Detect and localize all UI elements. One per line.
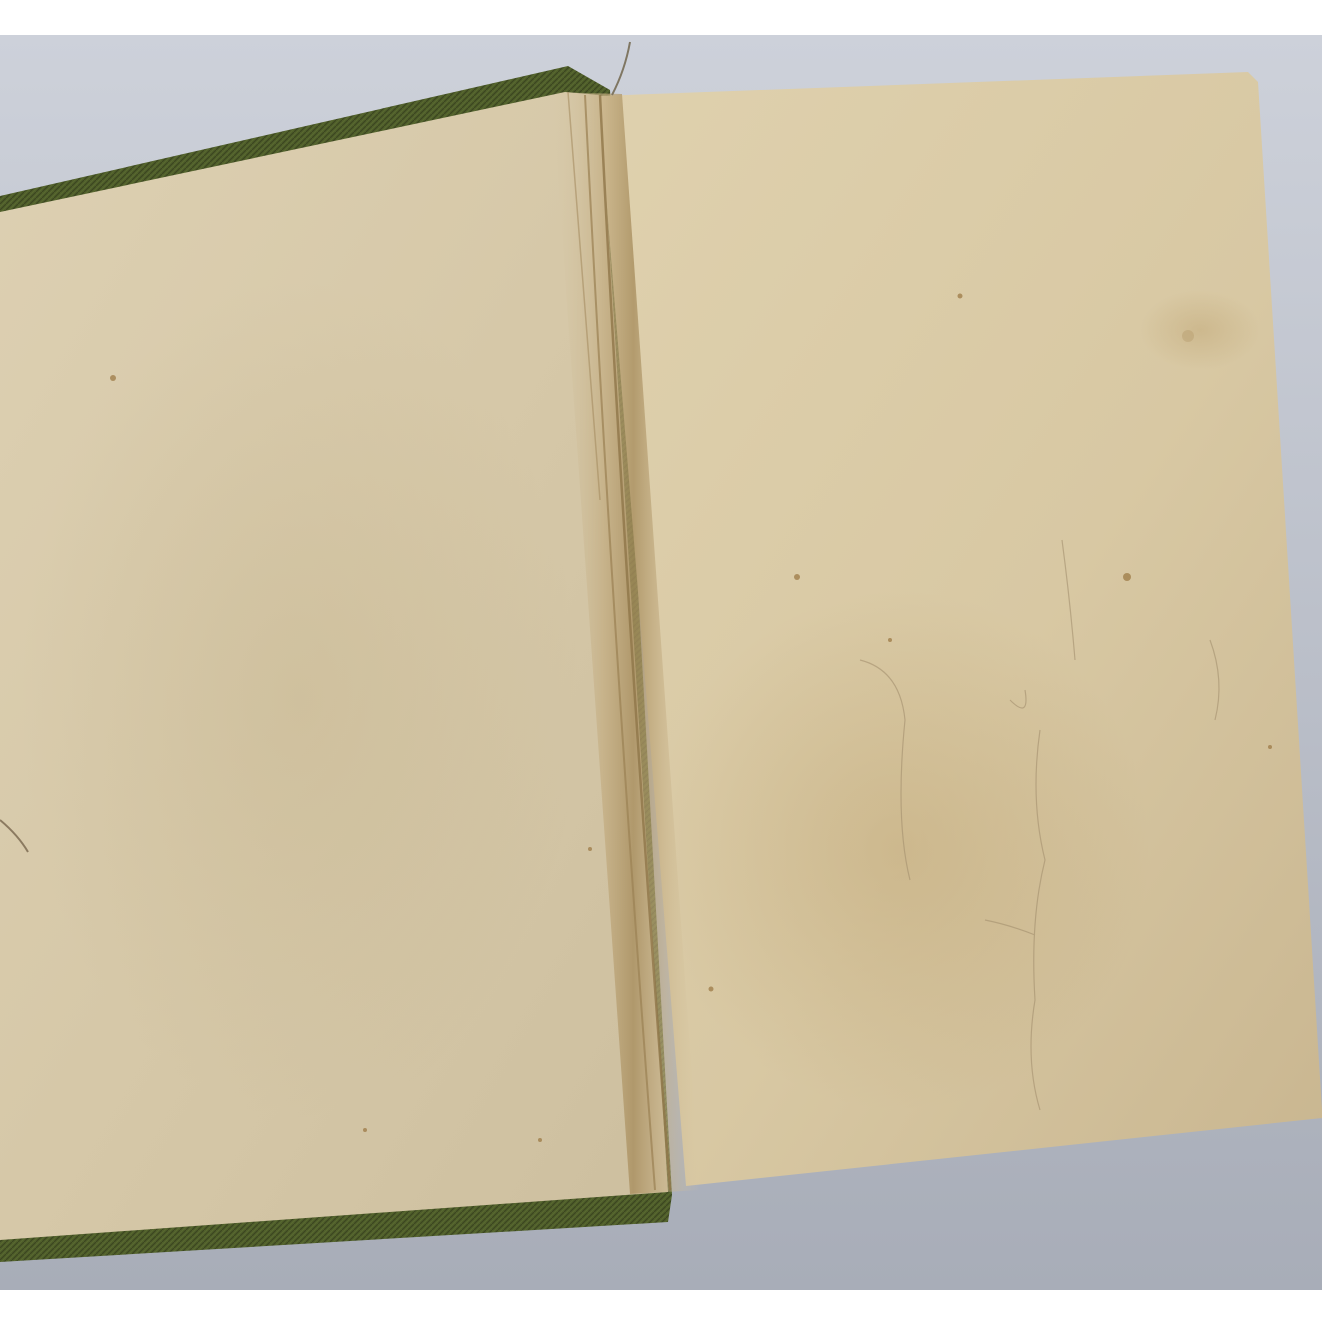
right-stain-2 bbox=[1140, 290, 1260, 370]
book-photo bbox=[0, 0, 1322, 1322]
left-stain bbox=[20, 280, 580, 1120]
right-stain bbox=[650, 590, 1150, 1110]
